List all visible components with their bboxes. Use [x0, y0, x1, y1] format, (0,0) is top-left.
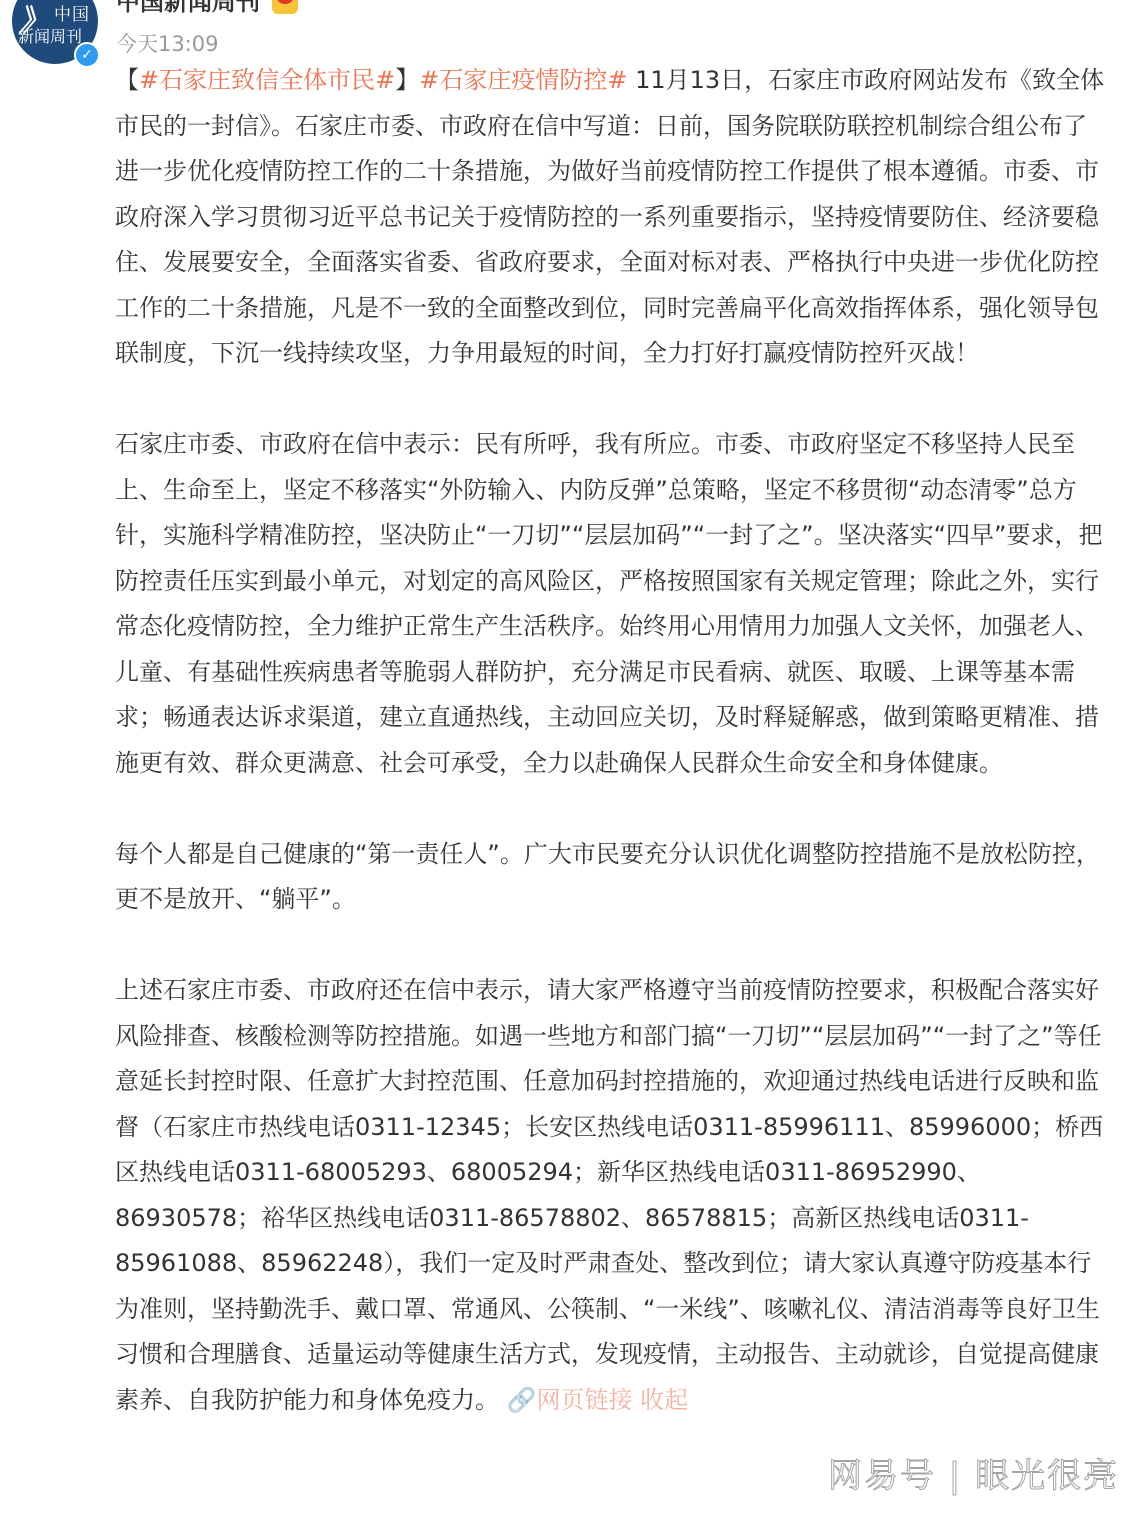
avatar-logo-text-bottom: 新闻周刊 — [18, 24, 82, 47]
post-paragraph-3: 每个人都是自己健康的“第一责任人”。广大市民要充分认识优化调整防控措施不是放松防… — [115, 832, 1105, 923]
verified-icon: ✓ — [74, 42, 100, 68]
link-icon: 🔗 — [507, 1386, 537, 1414]
web-link-label: 网页链接 — [537, 1386, 633, 1414]
user-name-link[interactable]: 中国新闻周刊 — [116, 0, 260, 16]
post-paragraph-4: 上述石家庄市委、市政府还在信中表示，请大家严格遵守当前疫情防控要求，积极配合落实… — [115, 968, 1105, 1423]
post-paragraph-1: 【#石家庄致信全体市民#】#石家庄疫情防控# 11月13日，石家庄市政府网站发布… — [115, 58, 1105, 377]
post-body: 【#石家庄致信全体市民#】#石家庄疫情防控# 11月13日，石家庄市政府网站发布… — [115, 58, 1105, 1423]
post-timestamp[interactable]: 今天13:09 — [116, 30, 219, 58]
collapse-button[interactable]: 收起 — [640, 1386, 688, 1414]
paragraph-4-text: 上述石家庄市委、市政府还在信中表示，请大家严格遵守当前疫情防控要求，积极配合落实… — [115, 976, 1103, 1414]
hashtag-link-1[interactable]: #石家庄致信全体市民# — [139, 66, 395, 94]
post-paragraph-2: 石家庄市委、市政府在信中表示：民有所呼，我有所应。市委、市政府坚定不移坚持人民至… — [115, 422, 1105, 786]
bracket-open: 【 — [115, 66, 139, 94]
watermark: 网易号 | 眼光很亮 — [828, 1456, 1119, 1496]
web-link[interactable]: 🔗网页链接 — [507, 1386, 633, 1414]
avatar-logo-text-top: 中国 — [54, 0, 90, 25]
bracket-close: 】 — [395, 66, 419, 94]
paragraph-1-text: 11月13日，石家庄市政府网站发布《致全体市民的一封信》。石家庄市委、市政府在信… — [115, 66, 1104, 367]
hashtag-link-2[interactable]: #石家庄疫情防控# — [419, 66, 627, 94]
vip-crown-icon — [272, 0, 298, 14]
